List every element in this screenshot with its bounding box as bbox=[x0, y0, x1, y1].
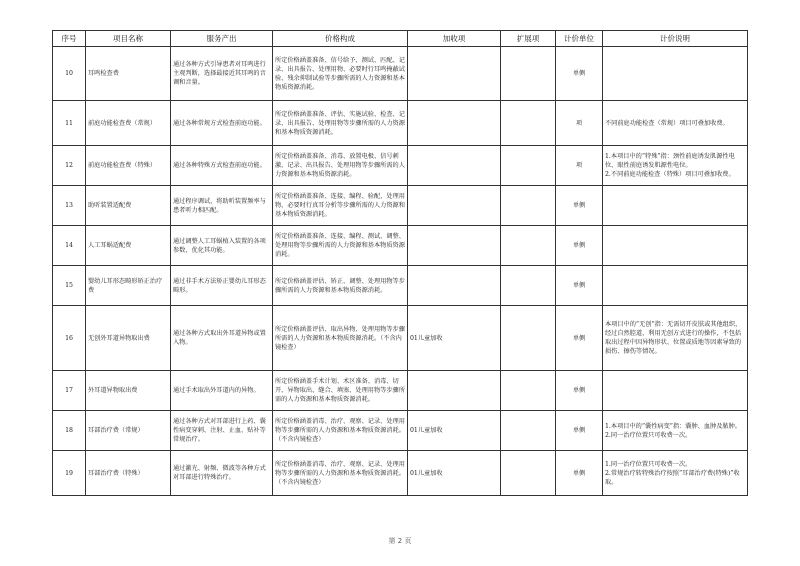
item-name-cell: 人工耳蜗适配费 bbox=[86, 226, 171, 266]
service-output-cell: 通过各种方式取出外耳道异物或置入物。 bbox=[171, 306, 273, 371]
header-composition: 价格构成 bbox=[273, 31, 408, 47]
item-name-cell: 前庭功能检查费（常规） bbox=[86, 101, 171, 146]
extension-cell bbox=[501, 266, 556, 306]
extension-cell bbox=[501, 451, 556, 496]
service-output: 通过各种方式取出外耳道异物或置入物。 bbox=[173, 330, 266, 346]
header-row: 序号 项目名称 服务产出 价格构成 加收项 扩展项 计价单位 计价说明 bbox=[53, 31, 748, 47]
row-number: 13 bbox=[65, 202, 73, 209]
pricing-note-cell bbox=[603, 186, 748, 226]
row-number-cell: 12 bbox=[53, 146, 86, 186]
table-row: 17外耳道异物取出费通过手术取出外耳道内的异物。所定价格涵盖手术计划、术区准备、… bbox=[53, 371, 748, 411]
row-number: 12 bbox=[65, 162, 73, 169]
pricing-note-cell: 本项目中的“无创”指：无需切开皮肤或其他组织，经过自然腔道，利用无创方式进行的操… bbox=[603, 306, 748, 371]
price-composition-cell: 所定价格涵盖评估、取出异物、处理用物等步骤所需的人力资源和基本物质资源消耗。（不… bbox=[273, 306, 408, 371]
surcharge-cell bbox=[408, 371, 501, 411]
price-composition-cell: 所定价格涵盖准备、连接、编程、验配、处理用物，必要时行真耳分析等步骤所需的人力资… bbox=[273, 186, 408, 226]
row-number: 19 bbox=[65, 470, 73, 477]
surcharge: 01儿童加收 bbox=[410, 427, 443, 434]
item-name: 耳部治疗费（常规） bbox=[88, 427, 144, 434]
pricing-note-cell bbox=[603, 266, 748, 306]
service-output-cell: 通过各种方式引导患者对耳鸣进行主观判断，选择最接近其耳鸣的音调和音量。 bbox=[171, 47, 273, 101]
service-output: 通过各种方式引导患者对耳鸣进行主观判断，选择最接近其耳鸣的音调和音量。 bbox=[173, 61, 266, 86]
extension-cell bbox=[501, 226, 556, 266]
pricing-unit-cell: 项 bbox=[556, 146, 603, 186]
pricing-unit-cell: 单侧 bbox=[556, 186, 603, 226]
item-name: 无创外耳道异物取出费 bbox=[88, 335, 150, 342]
table-row: 19耳部治疗费（特殊）通过激光、射频、微波等各种方式对耳部进行特殊治疗。所定价格… bbox=[53, 451, 748, 496]
service-output: 通过各种常规方式检查前庭功能。 bbox=[173, 120, 266, 127]
item-name: 前庭功能检查费（特殊） bbox=[88, 162, 156, 169]
service-output: 通过手术取出外耳道内的异物。 bbox=[173, 387, 260, 394]
pricing-note-cell bbox=[603, 371, 748, 411]
table-row: 12前庭功能检查费（特殊）通过各种特殊方式检查前庭功能。所定价格涵盖准备、消毒、… bbox=[53, 146, 748, 186]
item-name: 前庭功能检查费（常规） bbox=[88, 120, 156, 127]
item-name-cell: 前庭功能检查费（特殊） bbox=[86, 146, 171, 186]
service-output: 通过非手术方法矫正婴幼儿耳形态畸形。 bbox=[173, 278, 266, 294]
table-row: 11前庭功能检查费（常规）通过各种常规方式检查前庭功能。所定价格涵盖准备、评估、… bbox=[53, 101, 748, 146]
header-note: 计价说明 bbox=[603, 31, 748, 47]
item-name-cell: 助听装置适配费 bbox=[86, 186, 171, 226]
pricing-unit: 单侧 bbox=[573, 470, 585, 477]
item-name-cell: 无创外耳道异物取出费 bbox=[86, 306, 171, 371]
row-number: 17 bbox=[65, 387, 73, 394]
table-row: 15婴幼儿耳形态畸形矫正治疗费通过非手术方法矫正婴幼儿耳形态畸形。所定价格涵盖评… bbox=[53, 266, 748, 306]
pricing-note-cell: 1.同一治疗位置只可收费一次。 2.常规治疗转特殊治疗按照“耳部治疗费(特殊)”… bbox=[603, 451, 748, 496]
item-name-cell: 婴幼儿耳形态畸形矫正治疗费 bbox=[86, 266, 171, 306]
price-composition-cell: 所定价格涵盖消毒、治疗、观察、记录、处理用物等步骤所需的人力资源和基本物质资源消… bbox=[273, 451, 408, 496]
pricing-unit: 单侧 bbox=[573, 282, 585, 289]
pricing-unit: 单侧 bbox=[573, 335, 585, 342]
item-name-cell: 耳部治疗费（常规） bbox=[86, 411, 171, 451]
item-name: 婴幼儿耳形态畸形矫正治疗费 bbox=[88, 278, 162, 294]
pricing-note: 本项目中的“无创”指：无需切开皮肤或其他组织，经过自然腔道，利用无创方式进行的操… bbox=[605, 321, 741, 355]
service-output-cell: 通过各种方式对耳部进行上药、囊性病变穿刺、注射、止血、贴补等常规治疗。 bbox=[171, 411, 273, 451]
row-number-cell: 14 bbox=[53, 226, 86, 266]
pricing-note: 1.本项目中的“囊性病变”指：囊肿、血肿及脓肿。 2.同一治疗位置只可收费一次。 bbox=[605, 423, 741, 439]
price-composition: 所定价格涵盖准备、消毒、放置电极、信号刺激、记录、出具报告、处理用物等步骤所需的… bbox=[275, 153, 405, 178]
price-composition-cell: 所定价格涵盖准备、消毒、放置电极、信号刺激、记录、出具报告、处理用物等步骤所需的… bbox=[273, 146, 408, 186]
surcharge-cell: 01儿童加收 bbox=[408, 306, 501, 371]
surcharge-cell bbox=[408, 266, 501, 306]
header-output: 服务产出 bbox=[171, 31, 273, 47]
surcharge: 01儿童加收 bbox=[410, 470, 443, 477]
pricing-note-cell bbox=[603, 226, 748, 266]
pricing-note-cell: 1.本项目中的“特殊”指：颈性前庭诱发肌源性电位、眼性前庭诱发肌源性电位。 2.… bbox=[603, 146, 748, 186]
item-name: 外耳道异物取出费 bbox=[88, 387, 138, 394]
price-composition-cell: 所定价格涵盖手术计划、术区准备、消毒、切开、异物取出、缝合、填塞、处理用物等步骤… bbox=[273, 371, 408, 411]
pricing-unit-cell: 单侧 bbox=[556, 451, 603, 496]
price-composition: 所定价格涵盖消毒、治疗、观察、记录、处理用物等步骤所需的人力资源和基本物质资源消… bbox=[275, 461, 405, 486]
price-composition: 所定价格涵盖准备、连接、编程、验配、处理用物，必要时行真耳分析等步骤所需的人力资… bbox=[275, 193, 405, 218]
service-output: 通过各种特殊方式检查前庭功能。 bbox=[173, 162, 266, 169]
header-no: 序号 bbox=[53, 31, 86, 47]
header-unit: 计价单位 bbox=[556, 31, 603, 47]
pricing-note-cell: 不同前庭功能检查（常规）项目可叠加收费。 bbox=[603, 101, 748, 146]
surcharge-cell bbox=[408, 101, 501, 146]
pricing-note: 1.本项目中的“特殊”指：颈性前庭诱发肌源性电位、眼性前庭诱发肌源性电位。 2.… bbox=[605, 153, 735, 178]
pricing-unit: 单侧 bbox=[573, 427, 585, 434]
table-row: 16无创外耳道异物取出费通过各种方式取出外耳道异物或置入物。所定价格涵盖评估、取… bbox=[53, 306, 748, 371]
pricing-unit-cell: 项 bbox=[556, 101, 603, 146]
service-output-cell: 通过调整人工耳蜗植入装置的各项参数，优化其功能。 bbox=[171, 226, 273, 266]
price-composition: 所定价格涵盖准备、连接、编程、测试、调整、处理用物等步骤所需的人力资源和基本物质… bbox=[275, 233, 405, 258]
row-number: 18 bbox=[65, 427, 73, 434]
price-composition-cell: 所定价格涵盖评估、矫正、调整、处理用物等步骤所需的人力资源和基本物质资源消耗。 bbox=[273, 266, 408, 306]
page-number: 第 2 页 bbox=[0, 536, 800, 546]
surcharge-cell: 01儿童加收 bbox=[408, 411, 501, 451]
item-name: 耳部治疗费（特殊） bbox=[88, 470, 144, 477]
pricing-table: 序号 项目名称 服务产出 价格构成 加收项 扩展项 计价单位 计价说明 10耳鸣… bbox=[52, 30, 748, 496]
service-output-cell: 通过程序调试，将助听装置频率与患者听力相匹配。 bbox=[171, 186, 273, 226]
price-composition: 所定价格涵盖评估、矫正、调整、处理用物等步骤所需的人力资源和基本物质资源消耗。 bbox=[275, 278, 405, 294]
item-name: 人工耳蜗适配费 bbox=[88, 242, 131, 249]
price-composition-cell: 所定价格涵盖准备、评估、实施试验、检查、记录、出具报告、处理用物等步骤所需的人力… bbox=[273, 101, 408, 146]
item-name-cell: 耳鸣检查费 bbox=[86, 47, 171, 101]
service-output-cell: 通过激光、射频、微波等各种方式对耳部进行特殊治疗。 bbox=[171, 451, 273, 496]
table-row: 18耳部治疗费（常规）通过各种方式对耳部进行上药、囊性病变穿刺、注射、止血、贴补… bbox=[53, 411, 748, 451]
row-number: 10 bbox=[65, 70, 73, 77]
pricing-unit-cell: 单侧 bbox=[556, 226, 603, 266]
header-extension: 扩展项 bbox=[501, 31, 556, 47]
item-name: 耳鸣检查费 bbox=[88, 70, 119, 77]
pricing-note-cell bbox=[603, 47, 748, 101]
service-output: 通过各种方式对耳部进行上药、囊性病变穿刺、注射、止血、贴补等常规治疗。 bbox=[173, 418, 266, 443]
price-composition-cell: 所定价格涵盖准备、连接、编程、测试、调整、处理用物等步骤所需的人力资源和基本物质… bbox=[273, 226, 408, 266]
header-name: 项目名称 bbox=[86, 31, 171, 47]
pricing-unit-cell: 单侧 bbox=[556, 47, 603, 101]
row-number-cell: 10 bbox=[53, 47, 86, 101]
row-number-cell: 13 bbox=[53, 186, 86, 226]
surcharge-cell bbox=[408, 186, 501, 226]
extension-cell bbox=[501, 371, 556, 411]
row-number-cell: 19 bbox=[53, 451, 86, 496]
row-number-cell: 15 bbox=[53, 266, 86, 306]
pricing-unit-cell: 单侧 bbox=[556, 411, 603, 451]
service-output: 通过激光、射频、微波等各种方式对耳部进行特殊治疗。 bbox=[173, 465, 266, 481]
row-number-cell: 16 bbox=[53, 306, 86, 371]
price-composition: 所定价格涵盖准备、信号给予、测试、匹配、记录、出具报告、处理用物、必要时行耳鸣掩… bbox=[275, 57, 405, 91]
pricing-unit: 单侧 bbox=[573, 202, 585, 209]
pricing-note: 1.同一治疗位置只可收费一次。 2.常规治疗转特殊治疗按照“耳部治疗费(特殊)”… bbox=[605, 461, 740, 486]
price-composition-cell: 所定价格涵盖消毒、治疗、观察、记录、处理用物等步骤所需的人力资源和基本物质资源消… bbox=[273, 411, 408, 451]
row-number-cell: 17 bbox=[53, 371, 86, 411]
price-composition: 所定价格涵盖手术计划、术区准备、消毒、切开、异物取出、缝合、填塞、处理用物等步骤… bbox=[275, 378, 405, 403]
table-row: 10耳鸣检查费通过各种方式引导患者对耳鸣进行主观判断，选择最接近其耳鸣的音调和音… bbox=[53, 47, 748, 101]
surcharge-cell bbox=[408, 146, 501, 186]
pricing-unit: 单侧 bbox=[573, 70, 585, 77]
pricing-unit: 单侧 bbox=[573, 242, 585, 249]
surcharge-cell: 01儿童加收 bbox=[408, 451, 501, 496]
row-number: 15 bbox=[65, 282, 73, 289]
item-name-cell: 耳部治疗费（特殊） bbox=[86, 451, 171, 496]
table-row: 13助听装置适配费通过程序调试，将助听装置频率与患者听力相匹配。所定价格涵盖准备… bbox=[53, 186, 748, 226]
row-number-cell: 18 bbox=[53, 411, 86, 451]
surcharge-cell bbox=[408, 47, 501, 101]
row-number: 16 bbox=[65, 335, 73, 342]
pricing-unit-cell: 单侧 bbox=[556, 371, 603, 411]
pricing-unit: 单侧 bbox=[573, 387, 585, 394]
pricing-unit-cell: 单侧 bbox=[556, 306, 603, 371]
pricing-note: 不同前庭功能检查（常规）项目可叠加收费。 bbox=[605, 120, 729, 127]
row-number: 11 bbox=[65, 120, 73, 127]
extension-cell bbox=[501, 47, 556, 101]
row-number-cell: 11 bbox=[53, 101, 86, 146]
surcharge-cell bbox=[408, 226, 501, 266]
extension-cell bbox=[501, 101, 556, 146]
service-output-cell: 通过各种特殊方式检查前庭功能。 bbox=[171, 146, 273, 186]
extension-cell bbox=[501, 186, 556, 226]
extension-cell bbox=[501, 411, 556, 451]
service-output-cell: 通过手术取出外耳道内的异物。 bbox=[171, 371, 273, 411]
price-composition: 所定价格涵盖评估、取出异物、处理用物等步骤所需的人力资源和基本物质资源消耗。（不… bbox=[275, 326, 405, 351]
item-name-cell: 外耳道异物取出费 bbox=[86, 371, 171, 411]
service-output-cell: 通过非手术方法矫正婴幼儿耳形态畸形。 bbox=[171, 266, 273, 306]
service-output-cell: 通过各种常规方式检查前庭功能。 bbox=[171, 101, 273, 146]
price-composition-cell: 所定价格涵盖准备、信号给予、测试、匹配、记录、出具报告、处理用物、必要时行耳鸣掩… bbox=[273, 47, 408, 101]
service-output: 通过程序调试，将助听装置频率与患者听力相匹配。 bbox=[173, 198, 266, 214]
price-composition: 所定价格涵盖消毒、治疗、观察、记录、处理用物等步骤所需的人力资源和基本物质资源消… bbox=[275, 418, 405, 443]
surcharge: 01儿童加收 bbox=[410, 335, 443, 342]
price-composition: 所定价格涵盖准备、评估、实施试验、检查、记录、出具报告、处理用物等步骤所需的人力… bbox=[275, 111, 405, 136]
pricing-unit: 项 bbox=[576, 120, 582, 127]
extension-cell bbox=[501, 306, 556, 371]
item-name: 助听装置适配费 bbox=[88, 202, 131, 209]
service-output: 通过调整人工耳蜗植入装置的各项参数，优化其功能。 bbox=[173, 238, 266, 254]
row-number: 14 bbox=[65, 242, 73, 249]
extension-cell bbox=[501, 146, 556, 186]
pricing-unit-cell: 单侧 bbox=[556, 266, 603, 306]
header-surcharge: 加收项 bbox=[408, 31, 501, 47]
pricing-unit: 项 bbox=[576, 162, 582, 169]
table-row: 14人工耳蜗适配费通过调整人工耳蜗植入装置的各项参数，优化其功能。所定价格涵盖准… bbox=[53, 226, 748, 266]
pricing-note-cell: 1.本项目中的“囊性病变”指：囊肿、血肿及脓肿。 2.同一治疗位置只可收费一次。 bbox=[603, 411, 748, 451]
